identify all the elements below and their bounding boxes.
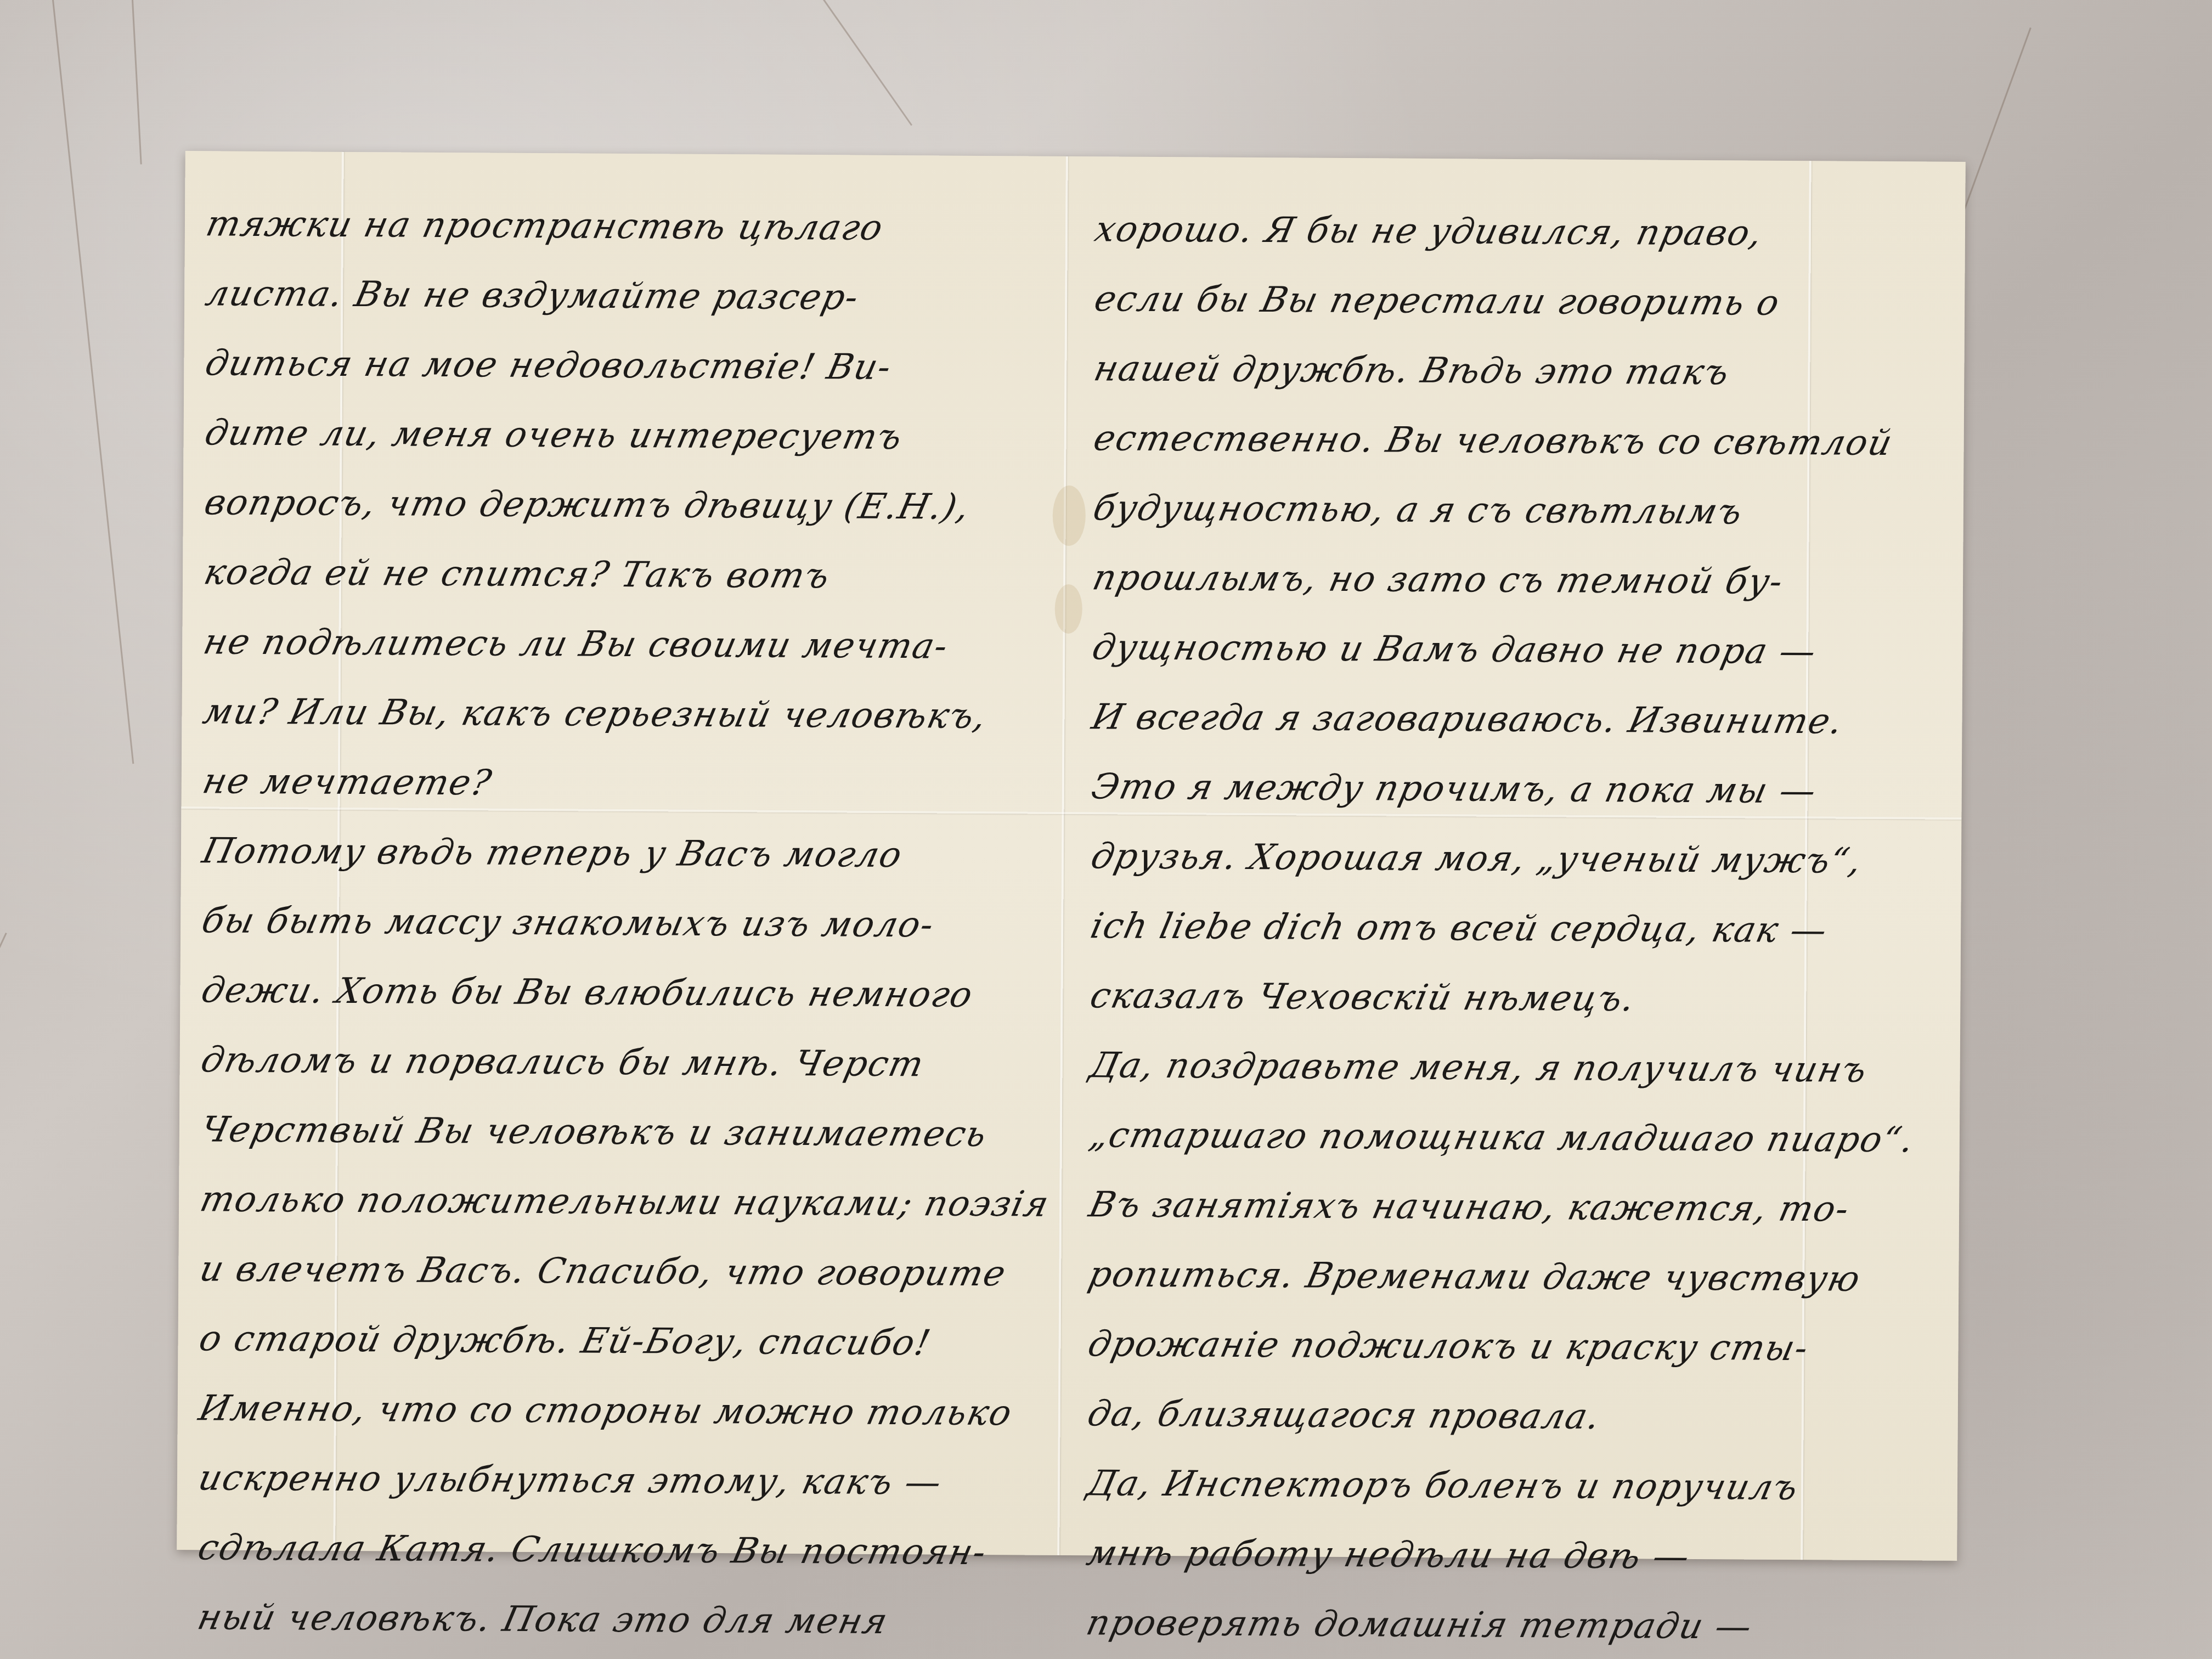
marble-vein [132, 0, 142, 165]
handwritten-line: ми? Или Вы, какъ серьезный человѣкъ, [196, 677, 1068, 752]
left-text-column: тяжки на пространствѣ цѣлаго листа. Вы н… [198, 189, 1063, 1657]
handwritten-line: диться на мое недовольствіе! Ви- [199, 329, 1070, 403]
letter-paper: тяжки на пространствѣ цѣлаго листа. Вы н… [177, 151, 1966, 1561]
handwritten-line: о старой дружбѣ. Ей-Богу, спасибо! [193, 1304, 1064, 1379]
handwritten-line: хорошо. Я бы не удивился, право, [1088, 195, 1937, 269]
handwritten-line: прошлымъ, но зато съ темной бу- [1086, 543, 1935, 618]
handwritten-line: Черствый Вы человѣкъ и занимаетесь [194, 1095, 1065, 1170]
handwritten-line: когда ей не спится? Такъ вотъ [197, 538, 1068, 612]
handwritten-line: И всегда я заговариваюсь. Извините. [1085, 682, 1934, 757]
handwritten-line: Въ занятіяхъ начинаю, кажется, то- [1082, 1170, 1931, 1245]
handwritten-line: бы быть массу знакомыхъ изъ моло- [195, 886, 1066, 961]
handwritten-line: не мечтаете? [196, 747, 1067, 821]
handwritten-line: друзья. Хорошая моя, „ученый мужъ“, [1084, 822, 1933, 896]
handwritten-line: дрожаніе поджилокъ и краску сты- [1081, 1310, 1931, 1384]
handwritten-line: вопросъ, что держитъ дѣвицу (Е.Н.), [198, 468, 1069, 543]
handwritten-line: да, близящагося провала. [1081, 1379, 1930, 1454]
handwritten-line: дите ли, меня очень интересуетъ [198, 398, 1069, 473]
right-text-column: хорошо. Я бы не удивился, право, если бы… [1087, 195, 1929, 1659]
marble-vein [52, 0, 134, 764]
handwritten-line: сдѣлала Катя. Слишкомъ Вы постоян- [191, 1513, 1062, 1588]
handwritten-line: Потому вѣдь теперь у Васъ могло [195, 816, 1066, 891]
handwritten-line: „старшаго помощника младшаго пиаро“. [1082, 1101, 1932, 1175]
handwritten-line: дежи. Хоть бы Вы влюбились немного [195, 956, 1066, 1030]
handwritten-line: естественно. Вы человѣкъ со свѣтлой [1087, 404, 1936, 478]
handwritten-line: ропиться. Временами даже чувствую [1081, 1240, 1931, 1314]
handwritten-line: Именно, что со стороны можно только [192, 1374, 1063, 1448]
handwritten-line: Это я между прочимъ, а пока мы — [1085, 752, 1934, 827]
handwritten-line: ich liebe dich отъ всей сердца, как — [1084, 891, 1933, 966]
handwritten-line: сказалъ Чеховскій нѣмецъ. [1084, 961, 1933, 1036]
handwritten-line: и влечетъ Васъ. Спасибо, что говорите [193, 1234, 1064, 1309]
handwritten-line: тяжки на пространствѣ цѣлаго [199, 189, 1070, 264]
handwritten-line: искренно улыбнуться этому, какъ — [191, 1443, 1063, 1518]
handwritten-line: мнѣ работу недѣли на двѣ — [1080, 1519, 1929, 1593]
handwritten-line: только положительными науками; поэзія [193, 1165, 1064, 1239]
handwritten-line: листа. Вы не вздумайте разсер- [199, 259, 1070, 334]
handwritten-line: если бы Вы перестали говорить о [1087, 264, 1937, 339]
marble-vein [823, 0, 912, 126]
handwritten-line: дѣломъ и порвались бы мнѣ. Черст [194, 1025, 1065, 1100]
handwritten-line: нашей дружбѣ. Вѣдь это такъ [1087, 334, 1937, 409]
handwritten-line: Да, поздравьте меня, я получилъ чинъ [1083, 1031, 1932, 1105]
handwritten-line: будущностью, а я съ свѣтлымъ [1086, 473, 1936, 548]
handwritten-line: дущностью и Вамъ давно не пора — [1085, 613, 1934, 687]
handwritten-line: не подѣлитесь ли Вы своими мечта- [196, 607, 1068, 682]
handwritten-line: ный человѣкъ. Пока это для меня [191, 1583, 1062, 1657]
handwritten-line: Да, Инспекторъ боленъ и поручилъ [1080, 1449, 1929, 1523]
marble-vein [0, 933, 7, 1282]
handwritten-line: проверять домашнія тетради — [1080, 1588, 1929, 1659]
